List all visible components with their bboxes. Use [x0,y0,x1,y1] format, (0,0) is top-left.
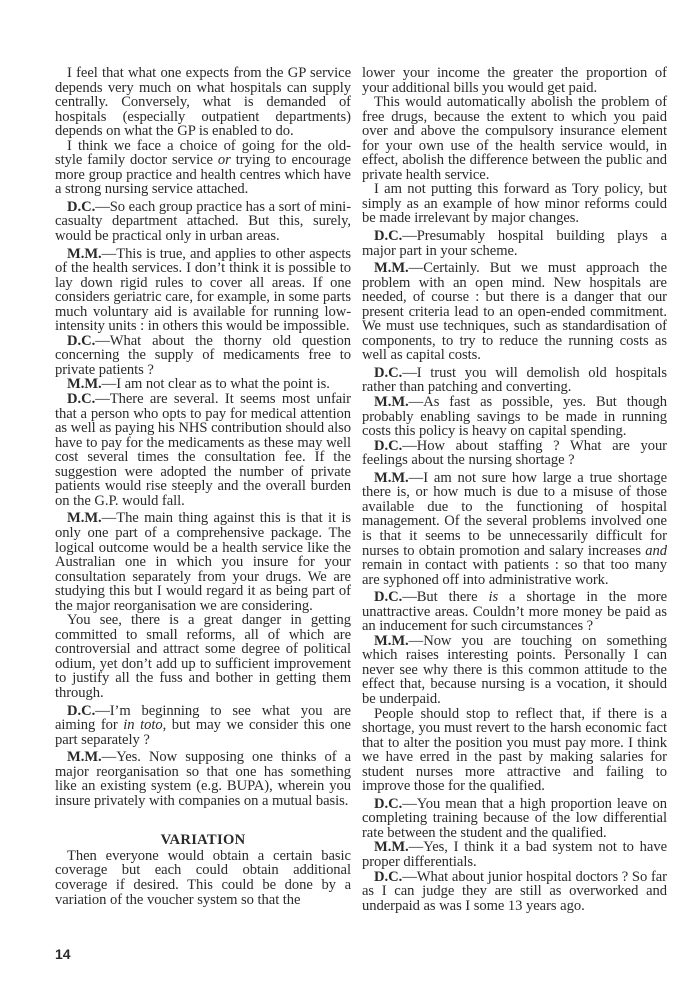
paragraph-text: —The main thing against this is that it … [55,510,351,613]
paragraph-text: I feel that what one expects from the GP… [55,65,351,139]
paragraph: People should stop to reflect that, if t… [362,707,667,794]
paragraph-text: —I am not sure how large a true shortage… [362,470,667,559]
paragraph-text: —You mean that a high proportion leave o… [362,796,667,841]
paragraph-text: —Now you are touching on something which… [362,633,667,707]
paragraph-text: You see, there is a great danger in gett… [55,612,351,701]
paragraph-text: People should stop to reflect that, if t… [362,706,667,795]
paragraph: D.C.—What about the thorny old question … [55,334,351,378]
paragraph-text: remain in contact with patients : so tha… [362,557,667,588]
paragraph: You see, there is a great danger in gett… [55,613,351,700]
paragraph-text: —There are several. It seems most unfair… [55,391,351,509]
paragraph-text: Then everyone would obtain a certain bas… [55,848,351,908]
paragraph: D.C.—What about junior hospital doctors … [362,870,667,914]
paragraph: D.C.—Presumably hospital building plays … [362,229,667,258]
paragraph-text: —Yes, I think it a bad system not to hav… [362,839,667,870]
paragraph: I think we face a choice of going for th… [55,139,351,197]
paragraph: D.C.—You mean that a high proportion lea… [362,797,667,841]
section-heading: VARIATION [55,833,351,848]
paragraph-text: —Presumably hospital building plays a ma… [362,228,667,259]
paragraph: M.M.—I am not clear as to what the point… [55,377,351,392]
paragraph: M.M.—The main thing against this is that… [55,511,351,613]
paragraph: M.M.—As fast as possible, yes. But thoug… [362,395,667,439]
paragraph-text: —What about junior hospital doctors ? So… [362,869,667,914]
paragraph: M.M.—Certainly. But we must approach the… [362,261,667,363]
paragraph: Then everyone would obtain a certain bas… [55,849,351,907]
paragraph-text: I am not putting this forward as Tory po… [362,181,667,226]
paragraph: M.M.—I am not sure how large a true shor… [362,471,667,587]
paragraph: M.M.—Yes, I think it a bad system not to… [362,840,667,869]
paragraph: I am not putting this forward as Tory po… [362,182,667,226]
paragraph: D.C.—I trust you will demolish old hospi… [362,366,667,395]
paragraph: This would automatically abolish the pro… [362,95,667,182]
paragraph: M.M.—This is true, and applies to other … [55,247,351,334]
paragraph-text: —So each group practice has a sort of mi… [55,199,351,244]
paragraph-text: —How about staffing ? What are your feel… [362,438,667,469]
paragraph: M.M.—Now you are touching on something w… [362,634,667,707]
paragraph: D.C.—So each group practice has a sort o… [55,200,351,244]
right-column: lower your income the greater the propor… [362,66,667,913]
paragraph: I feel that what one expects from the GP… [55,66,351,139]
paragraph: D.C.—But there is a shortage in the more… [362,590,667,634]
paragraph-text: This would automatically abolish the pro… [362,94,667,183]
page-number: 14 [55,946,71,962]
paragraph: lower your income the greater the propor… [362,66,667,95]
paragraph: D.C.—I’m beginning to see what you are a… [55,704,351,748]
paragraph-text: —As fast as possible, yes. But though pr… [362,394,667,439]
paragraph: D.C.—There are several. It seems most un… [55,392,351,508]
paragraph-text: —I trust you will demolish old hospitals… [362,365,667,396]
paragraph-text: —Certainly. But we must approach the pro… [362,260,667,363]
paragraph: D.C.—How about staffing ? What are your … [362,439,667,468]
paragraph-text: lower your income the greater the propor… [362,65,667,96]
paragraph: M.M.—Yes. Now supposing one thinks of a … [55,750,351,808]
paragraph-text: —What about the thorny old question conc… [55,333,351,378]
left-column: I feel that what one expects from the GP… [55,66,351,907]
